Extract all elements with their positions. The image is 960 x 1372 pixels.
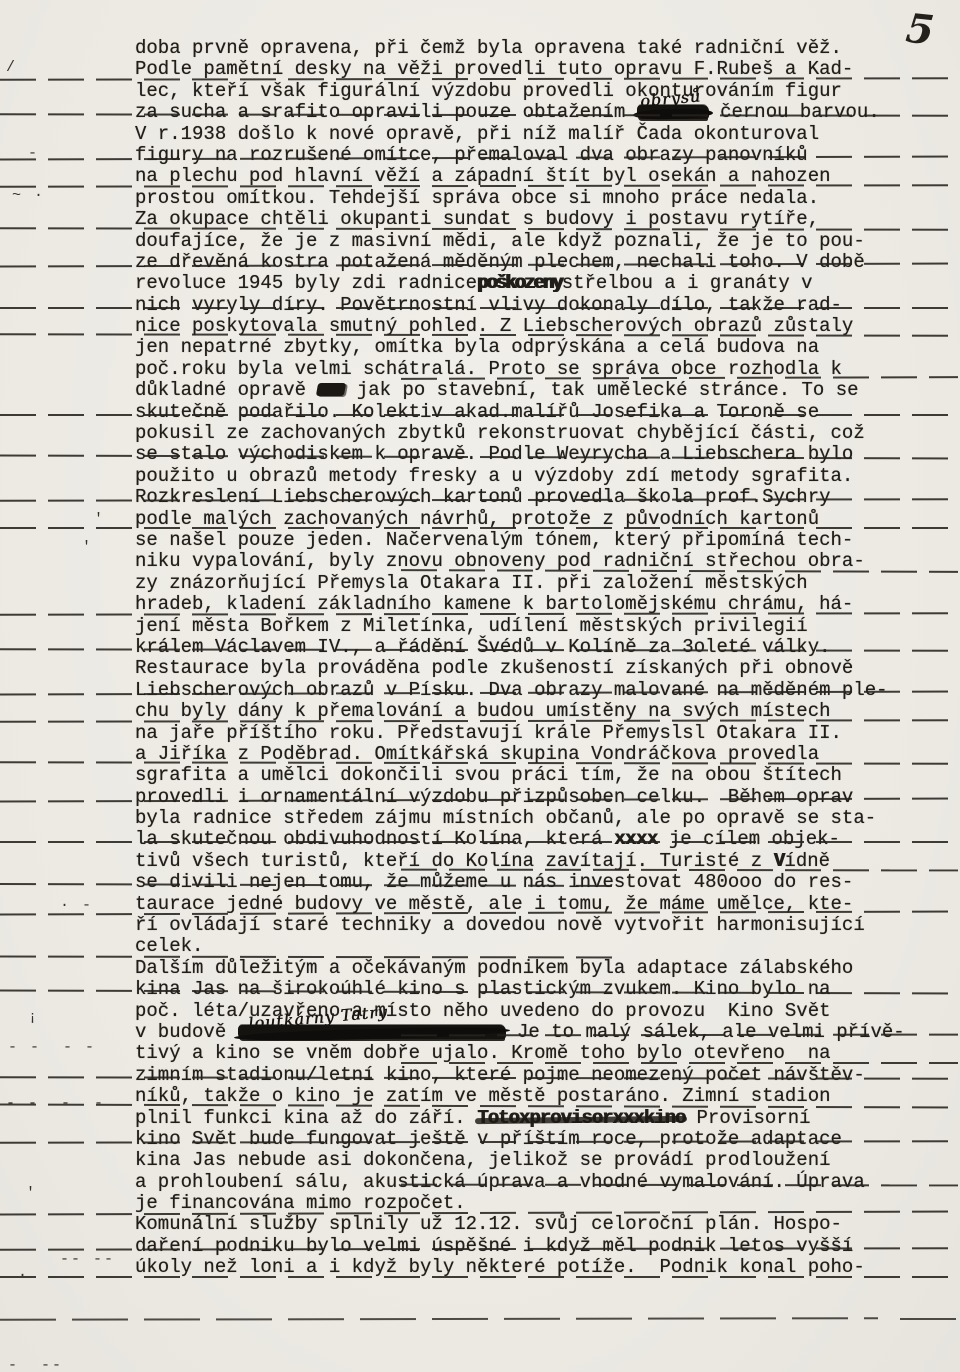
margin-ink-mark: - - - -	[6, 1096, 105, 1111]
text-line: nice poskytovala smutný pohled. Z Liebsc…	[135, 316, 874, 337]
ink-blot	[316, 383, 346, 396]
typed-text: v budově	[135, 1021, 238, 1043]
typed-text: zy znázorňující Přemysla Otakara II. při…	[135, 572, 808, 594]
typed-text: tivů všech turistů, kteří do Kolína zaví…	[135, 850, 774, 872]
handwritten-note: obrysů	[639, 85, 702, 112]
typed-text: V r.1938 došlo k nové opravě, při níž ma…	[135, 123, 819, 145]
text-line: kina Jas na širokoúhlé kino s plastickým…	[135, 979, 874, 1000]
typed-text: jení města Bořkem z Miletínka, udílení m…	[135, 615, 808, 637]
text-line: na jaře příštího roku. Představují krále…	[135, 723, 874, 744]
typed-text: nice poskytovala smutný pohled. Z Liebsc…	[135, 315, 853, 337]
typed-text: Za okupace chtěli okupanti sundat s budo…	[135, 208, 819, 230]
margin-ink-mark: '	[26, 1186, 37, 1201]
text-line: kino Svět bude fungovat ještě v příštím …	[135, 1129, 874, 1150]
typed-text: důkladné opravě	[135, 379, 317, 401]
text-line: na plechu pod hlavní věží a západní štít…	[135, 166, 874, 187]
text-line: skutečně podařilo. Kolektiv akad.malířů …	[135, 402, 874, 423]
typed-text: se stalo východiskem k opravě. Podle Wey…	[135, 443, 853, 465]
text-line: se divili nejen tomu, že můžeme u nás in…	[135, 872, 874, 893]
typed-text: niku vypalování, byly znovu obnoveny pod…	[135, 550, 865, 572]
text-line: doufajíce, že je z masivní mědi, ale kdy…	[135, 231, 874, 252]
text-line: Restaurace byla prováděna podle zkušenos…	[135, 658, 874, 679]
typed-text: tivý a kino se vněm dobře ujalo. Kromě t…	[135, 1042, 831, 1064]
text-line: níků, takže o kino je zatím ve městě pos…	[135, 1086, 874, 1107]
text-line: V r.1938 došlo k nové opravě, při níž ma…	[135, 124, 874, 145]
typed-text: hradeb, kladení základního kamene k bart…	[135, 593, 853, 615]
typed-text: celek.	[135, 935, 203, 957]
text-line: důkladné opravě jak po stavební, tak umě…	[135, 380, 874, 401]
margin-ink-mark: - --	[8, 1358, 63, 1372]
typed-text: daření podniku bylo velmi úspěšné i když…	[135, 1235, 853, 1257]
typed-text: Podle pamětní desky na věži provedli tut…	[135, 58, 853, 80]
text-line: Za okupace chtěli okupanti sundat s budo…	[135, 209, 874, 230]
text-line: hradeb, kladení základního kamene k bart…	[135, 594, 874, 615]
margin-ink-mark: ~ ·	[12, 188, 45, 203]
text-line: jení města Bořkem z Miletínka, udílení m…	[135, 616, 874, 637]
text-line: figury na rozrušené omítce, přemaloval d…	[135, 145, 874, 166]
typed-text: černou barvou.	[709, 101, 880, 123]
text-line: podle malých zachovaných návrhů, protože…	[135, 509, 874, 530]
typed-text: ze dřevěná kostra potažená měděným plech…	[135, 251, 865, 273]
typed-text: jen nepatrné zbytky, omítka byla odprýsk…	[135, 336, 819, 358]
typed-text: použito u obrazů metody fresky a u výzdo…	[135, 465, 853, 487]
text-line: je financována mimo rozpočet.	[135, 1193, 874, 1214]
typed-text: prostou omítkou. Tehdejší správa obce si…	[135, 187, 819, 209]
text-line: Liebscherových obrazů v Písku. Dva obraz…	[135, 680, 874, 701]
ink-scribble: loutkárny Tatry	[238, 1025, 506, 1039]
typed-text: kina Jas na širokoúhlé kino s plastickým…	[135, 978, 831, 1000]
typed-text: je cílem objek-	[658, 828, 840, 850]
typed-text: skutečně podařilo. Kolektiv akad.malířů …	[135, 401, 819, 423]
text-line: chu byly dány k přemalování a budou umís…	[135, 701, 874, 722]
typed-text: doba prvně opravena, při čemž byla oprav…	[135, 37, 842, 59]
typed-text: pokusil ze zachovaných zbytků rekonstruo…	[135, 422, 865, 444]
typed-text: nich vyryly díry. Povětrnostní vlivy dok…	[135, 294, 842, 316]
text-line: nich vyryly díry. Povětrnostní vlivy dok…	[135, 295, 874, 316]
typed-text: Restaurace byla prováděna podle zkušenos…	[135, 657, 853, 679]
typed-text: se divili nejen tomu, že můžeme u nás in…	[135, 871, 853, 893]
text-line: sgrafita a umělci dokončili svou práci t…	[135, 765, 874, 786]
text-line: tivů všech turistů, kteří do Kolína zaví…	[135, 851, 874, 872]
typed-text: se našel pouze jeden. Načervenalým tónem…	[135, 529, 853, 551]
margin-ink-mark: ¡	[28, 1010, 39, 1025]
typed-text: a prohloubení sálu, akustická úprava a v…	[135, 1171, 865, 1193]
typed-text: a Jiříka z Poděbrad. Omítkářská skupina …	[135, 743, 819, 765]
typed-text: plnil funkci kina až do září.	[135, 1107, 477, 1129]
typed-text: níků, takže o kino je zatím ve městě pos…	[135, 1085, 831, 1107]
text-line: provedli i ornamentální výzdobu přizpůso…	[135, 787, 874, 808]
text-line: pokusil ze zachovaných zbytků rekonstruo…	[135, 423, 874, 444]
ink-scribble: obrysů	[637, 105, 709, 119]
margin-ink-mark: '	[82, 540, 93, 555]
typed-text: la skutečnou obdivuhodností Kolína, kter…	[135, 828, 614, 850]
text-line: a prohloubení sálu, akustická úprava a v…	[135, 1172, 874, 1193]
typed-text: králem Václavem IV., a řádění Švédů v Ko…	[135, 636, 831, 658]
margin-ink-mark: - - - -	[8, 1040, 96, 1055]
text-line: a Jiříka z Poděbrad. Omítkářská skupina …	[135, 744, 874, 765]
typed-text: figury na rozrušené omítce, přemaloval d…	[135, 144, 808, 166]
text-line: použito u obrazů metody fresky a u výzdo…	[135, 466, 874, 487]
text-line: zimním stadionu/letní kino, které pojme …	[135, 1065, 874, 1086]
text-line: niku vypalování, byly znovu obnoveny pod…	[135, 551, 874, 572]
text-line: v budově loutkárny Tatry Je to malý sále…	[135, 1022, 874, 1043]
text-line: daření podniku bylo velmi úspěšné i když…	[135, 1236, 874, 1257]
text-line: úkoly než loni a i když byly některé pot…	[135, 1257, 874, 1278]
typed-text: kino Svět bude fungovat ještě v příštím …	[135, 1128, 842, 1150]
typed-text: je financována mimo rozpočet.	[135, 1192, 466, 1214]
typed-text: poč.roku byla velmi schátralá. Proto se …	[135, 358, 842, 380]
text-line: kina Jas nebude asi dokončena, jelikož s…	[135, 1150, 874, 1171]
text-line: poč.roku byla velmi schátralá. Proto se …	[135, 359, 874, 380]
typed-text: chu byly dány k přemalování a budou umís…	[135, 700, 831, 722]
typed-text: na plechu pod hlavní věží a západní štít…	[135, 165, 831, 187]
typed-text: úkoly než loni a i když byly některé pot…	[135, 1256, 865, 1278]
text-line: plnil funkci kina až do září. Totoxprovi…	[135, 1108, 874, 1129]
text-line: Podle pamětní desky na věži provedli tut…	[135, 59, 874, 80]
typed-text: Dalším důležitým a očekávaným podnikem b…	[135, 957, 853, 979]
text-line: za sucha a srafito opravili pouze obtaže…	[135, 102, 874, 123]
text-line: taurace jedné budovy ve městě, ale i tom…	[135, 894, 874, 915]
typed-text: Je to malý sálek, ale velmi přívě-	[506, 1021, 905, 1043]
typed-text: poč. léta/uzavřeno a místo něho uvedeno …	[135, 1000, 831, 1022]
typed-text: lec, kteří však figurální výzdobu proved…	[135, 80, 842, 102]
text-line: celek.	[135, 936, 874, 957]
typed-text: Liebscherových obrazů v Písku. Dva obraz…	[135, 679, 888, 701]
typed-text: poškozeny	[477, 272, 562, 294]
typed-text: jak po stavební, tak umělecké stránce. T…	[345, 379, 858, 401]
text-line: jen nepatrné zbytky, omítka byla odprýsk…	[135, 337, 874, 358]
typed-text: Komunální služby splnily už 12.12. svůj …	[135, 1213, 842, 1235]
text-line: zy znázorňující Přemysla Otakara II. při…	[135, 573, 874, 594]
text-line: se našel pouze jeden. Načervenalým tónem…	[135, 530, 874, 551]
typed-text: kina Jas nebude asi dokončena, jelikož s…	[135, 1149, 831, 1171]
typed-text: Rozkreslení Liebscherových kartonů prove…	[135, 486, 831, 508]
margin-ink-mark: '	[94, 512, 105, 527]
margin-ink-mark: -- --	[60, 1252, 115, 1267]
typed-text: Provisorní	[685, 1107, 810, 1129]
typed-text: ídně	[784, 850, 830, 872]
text-line: revoluce 1945 byly zdi radnicepoškozenys…	[135, 273, 874, 294]
margin-ink-mark: -	[28, 146, 39, 161]
text-line: Dalším důležitým a očekávaným podnikem b…	[135, 958, 874, 979]
text-line: doba prvně opravena, při čemž byla oprav…	[135, 38, 874, 59]
typed-text: ří ovládají staré techniky a dovedou nov…	[135, 914, 865, 936]
typed-text: doufajíce, že je z masivní mědi, ale kdy…	[135, 230, 865, 252]
text-lines: doba prvně opravena, při čemž byla oprav…	[135, 38, 874, 1279]
text-line: byla radnice středem zájmu místních obča…	[135, 808, 874, 829]
text-line: la skutečnou obdivuhodností Kolína, kter…	[135, 829, 874, 850]
text-line: Rozkreslení Liebscherových kartonů prove…	[135, 487, 874, 508]
typed-text: revoluce 1945 byly zdi radnice	[135, 272, 477, 294]
typed-text: sgrafita a umělci dokončili svou práci t…	[135, 764, 842, 786]
typed-text: xxxx	[614, 828, 658, 850]
text-line: ze dřevěná kostra potažená měděným plech…	[135, 252, 874, 273]
text-line: ří ovládají staré techniky a dovedou nov…	[135, 915, 874, 936]
typed-text: na jaře příštího roku. Představují krále…	[135, 722, 842, 744]
dashed-rule	[900, 1318, 958, 1320]
margin-ink-mark: /	[6, 60, 17, 75]
text-line: králem Václavem IV., a řádění Švédů v Ko…	[135, 637, 874, 658]
typed-text: střelbou a i granáty v	[562, 272, 813, 294]
text-line: poč. léta/uzavřeno a místo něho uvedeno …	[135, 1001, 874, 1022]
typed-text: byla radnice středem zájmu místních obča…	[135, 807, 876, 829]
typed-text: V	[774, 850, 785, 872]
text-line: se stalo východiskem k opravě. Podle Wey…	[135, 444, 874, 465]
margin-ink-mark: · -	[60, 898, 93, 913]
typed-text: taurace jedné budovy ve městě, ale i tom…	[135, 893, 853, 915]
typed-text: za sucha a srafito opravili pouze obtaže…	[135, 101, 637, 123]
typed-text: provedli i ornamentální výzdobu přizpůso…	[135, 786, 853, 808]
dashed-rule	[0, 1317, 878, 1321]
text-line: tivý a kino se vněm dobře ujalo. Kromě t…	[135, 1043, 874, 1064]
margin-ink-mark: ·	[18, 1268, 29, 1283]
text-line: lec, kteří však figurální výzdobu proved…	[135, 81, 874, 102]
document-page: 5 doba prvně opravena, při čemž byla opr…	[0, 0, 960, 1372]
page-number: 5	[904, 9, 936, 52]
crossed-out-text: Totoxprovisorxxxkino	[477, 1108, 685, 1129]
typed-text: zimním stadionu/letní kino, které pojme …	[135, 1064, 865, 1086]
text-line: Komunální služby splnily už 12.12. svůj …	[135, 1214, 874, 1235]
text-line: prostou omítkou. Tehdejší správa obce si…	[135, 188, 874, 209]
typed-text: podle malých zachovaných návrhů, protože…	[135, 508, 819, 530]
